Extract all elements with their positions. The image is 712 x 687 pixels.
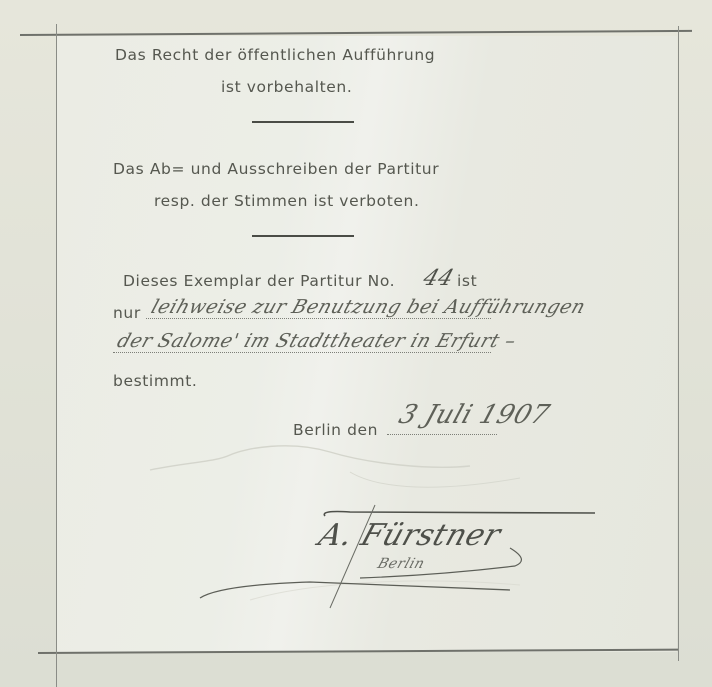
place-label: Berlin den — [293, 421, 378, 439]
copy-statement-suffix: ist — [457, 272, 477, 290]
separator-2 — [252, 235, 354, 237]
date-fill-line — [387, 434, 497, 435]
notice-2-line-1: Das Ab= und Ausschreiben der Partitur — [113, 160, 439, 178]
fill-line-1 — [146, 318, 491, 319]
handwritten-line-2: der Salome' im Stadttheater in Erfurt – — [114, 330, 519, 352]
handwritten-date: 3 Juli 1907 — [395, 400, 553, 430]
nur-label: nur — [113, 304, 141, 322]
notice-1-line-2: ist vorbehalten. — [221, 78, 352, 96]
handwritten-line-1: leihweise zur Benutzung bei Aufführungen — [148, 296, 588, 318]
notice-1-line-1: Das Recht der öffentlichen Aufführung — [115, 46, 435, 64]
separator-1 — [252, 121, 354, 123]
signature-place: Berlin — [375, 556, 426, 572]
closing-bestimmt: bestimmt. — [113, 372, 197, 390]
copy-statement-prefix: Dieses Exemplar der Partitur No. — [123, 272, 395, 290]
notice-2-line-2: resp. der Stimmen ist verboten. — [154, 192, 419, 210]
signature-name: A. Fürstner — [314, 518, 505, 553]
fill-line-2 — [113, 352, 491, 353]
